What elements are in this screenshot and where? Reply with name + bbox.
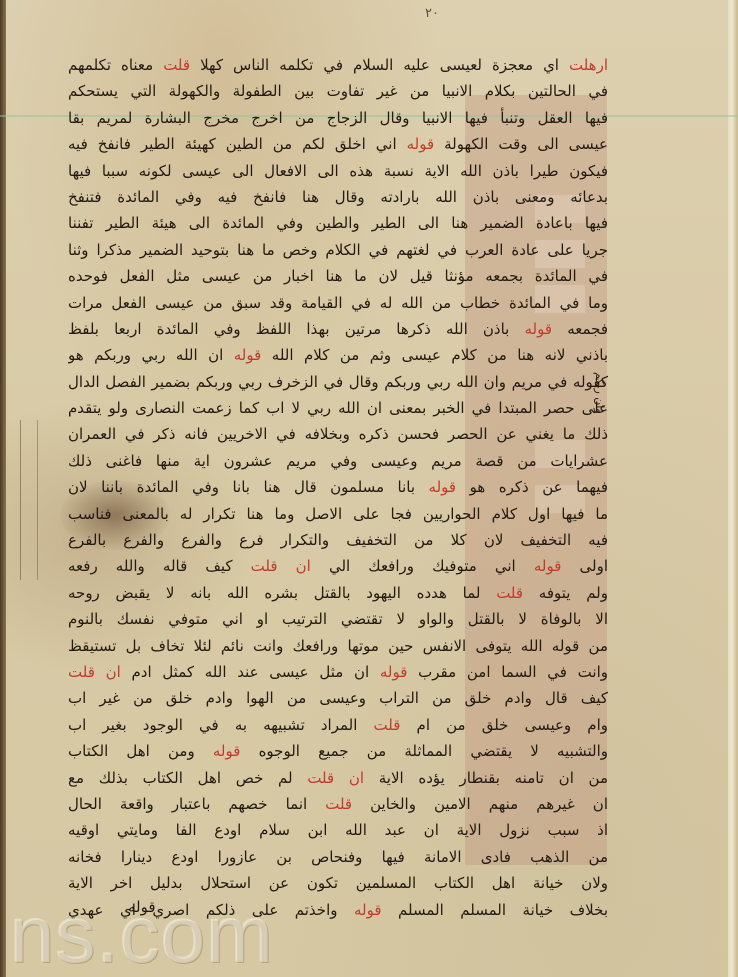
- folio-number: ٢٠: [425, 6, 439, 21]
- line-text: وام وعيسى خلق من ام: [400, 716, 608, 734]
- line-text: ان الله ربي وربكم هو: [68, 346, 234, 364]
- line-text: عشرايات من قصة مريم وعيسى وفي مريم عشرون…: [68, 452, 608, 470]
- text-line: فيه التخفيف لان كلا من التخفيف والتكرار …: [68, 527, 608, 553]
- text-line: من قوله الله يتوفى الانفس حين موتها وراف…: [68, 633, 608, 659]
- rubric-keyword: قلت: [325, 795, 352, 813]
- text-line: فيها العقل وتنبأ فيها الانبيا وقال الزجا…: [68, 105, 608, 131]
- rubric-keyword: ارهلت: [569, 56, 608, 74]
- text-line: الا بالوفاة لا بالقتل والواو لا تقتضي ال…: [68, 606, 608, 632]
- line-text: كيف قاله والله رفعه: [68, 557, 251, 575]
- line-text: اولى: [561, 557, 608, 575]
- line-text: فجمعه: [552, 320, 608, 338]
- line-text: من الذهب فادى الامانة فيها وفنحاص بن عاز…: [68, 848, 608, 866]
- text-line: وام وعيسى خلق من ام قلت المراد تشبيهه به…: [68, 712, 608, 738]
- margin-note: وان ربكم: [582, 372, 606, 442]
- text-line: على حصر المبتدا في الخبر بمعنى ان الله ر…: [68, 395, 608, 421]
- rubric-keyword: قوله: [525, 320, 553, 338]
- text-line: من ان تامنه بقنطار يؤده الاية ان قلت لم …: [68, 765, 608, 791]
- rubric-keyword: قلت: [496, 584, 523, 602]
- line-text: فيها العقل وتنبأ فيها الانبيا وقال الزجا…: [68, 109, 608, 127]
- rubric-keyword: قوله: [429, 478, 457, 496]
- text-line: جريا على عادة العرب في لغتهم في الكلام و…: [68, 237, 608, 263]
- rubric-keyword: ان قلت: [68, 663, 121, 681]
- text-line: فيهما عن ذكره هو قوله بانا مسلمون قال هن…: [68, 474, 608, 500]
- line-text: بانا مسلمون قال هنا بانا وفي المائدة بان…: [68, 478, 429, 496]
- line-text: ذلك ما يغني عن الحصر فحسن ذكره وبخلافه ف…: [68, 425, 608, 443]
- rubric-keyword: قلت: [374, 716, 401, 734]
- line-text: فيكون طيرا باذن الله الاية نسبة هذه الى …: [68, 162, 608, 180]
- text-line: وما في المائدة خطاب من الله له في القيام…: [68, 290, 608, 316]
- line-text: على حصر المبتدا في الخبر بمعنى ان الله ر…: [68, 399, 608, 417]
- text-line: باذني لانه هنا من كلام عيسى وثم من كلام …: [68, 342, 608, 368]
- manuscript-page: ٢٠ ارهلت اي معجزة لعيسى عليه السلام في ت…: [0, 0, 738, 977]
- line-text: معناه تكلمهم: [68, 56, 163, 74]
- line-text: عيسى الى وقت الكهولة: [434, 135, 608, 153]
- text-line: اذ سبب نزول الاية ان عبد الله ابن سلام ا…: [68, 817, 608, 843]
- text-line: ولم يتوفه قلت لما هدده اليهود بالقتل بشر…: [68, 580, 608, 606]
- margin-fold-line: [20, 420, 38, 580]
- line-text: من قوله الله يتوفى الانفس حين موتها وراف…: [68, 637, 608, 655]
- line-text: وانت في السما امن مقرب: [407, 663, 608, 681]
- line-text: فيهما عن ذكره هو: [456, 478, 608, 496]
- line-text: اني اخلق لكم من الطين كهيئة الطير فانفخ …: [68, 135, 407, 153]
- line-text: اذ سبب نزول الاية ان عبد الله ابن سلام ا…: [68, 821, 608, 839]
- line-text: في الحالتين بكلام الانبيا من غير تفاوت ب…: [68, 82, 608, 100]
- line-text: في المائدة بجمعه مؤنثا قيل لان ما هنا اخ…: [68, 267, 608, 285]
- line-text: جريا على عادة العرب في لغتهم في الكلام و…: [68, 241, 608, 259]
- line-text: اي معجزة لعيسى عليه السلام في تكلمه النا…: [190, 56, 569, 74]
- line-text: انما خصهم باعتبار واقعة الحال: [68, 795, 325, 813]
- rubric-keyword: قوله: [213, 742, 241, 760]
- text-line: والتشبيه لا يقتضي المماثلة من جميع الوجو…: [68, 738, 608, 764]
- line-text: ما فيها اول كلام الحواريين فجا على الاصل…: [68, 505, 608, 523]
- rubric-keyword: قوله: [234, 346, 262, 364]
- line-text: ومن اهل الكتاب: [68, 742, 213, 760]
- line-text: فيها باعادة الضمير هنا الى الطير والطين …: [68, 214, 608, 232]
- line-text: كيف قال وادم خلق من التراب وعيسى من الهو…: [68, 689, 608, 707]
- text-line: ما فيها اول كلام الحواريين فجا على الاصل…: [68, 501, 608, 527]
- line-text: من ان تامنه بقنطار يؤده الاية: [364, 769, 608, 787]
- text-line: عشرايات من قصة مريم وعيسى وفي مريم عشرون…: [68, 448, 608, 474]
- text-line: وانت في السما امن مقرب قوله ان مثل عيسى …: [68, 659, 608, 685]
- rubric-keyword: قوله: [534, 557, 562, 575]
- rubric-keyword: قوله: [380, 663, 408, 681]
- text-line: ان غيرهم منهم الامين والخاين قلت انما خص…: [68, 791, 608, 817]
- text-line: فجمعه قوله باذن الله ذكرها مرتين بهذا ال…: [68, 316, 608, 342]
- rubric-keyword: قلت: [163, 56, 190, 74]
- rubric-keyword: قوله: [407, 135, 435, 153]
- text-line: اولى قوله اني متوفيك ورافعك الي ان قلت ك…: [68, 553, 608, 579]
- text-line: كيف قال وادم خلق من التراب وعيسى من الهو…: [68, 685, 608, 711]
- text-line: في الحالتين بكلام الانبيا من غير تفاوت ب…: [68, 78, 608, 104]
- rubric-keyword: ان قلت: [251, 557, 311, 575]
- left-binding-edge: [0, 0, 6, 977]
- site-watermark: ns.com: [10, 895, 274, 975]
- right-page-edge: [728, 0, 738, 977]
- text-line: فيكون طيرا باذن الله الاية نسبة هذه الى …: [68, 158, 608, 184]
- line-text: ان غيرهم منهم الامين والخاين: [352, 795, 608, 813]
- line-text: فيه التخفيف لان كلا من التخفيف والتكرار …: [68, 531, 608, 549]
- line-text: لم خص اهل الكتاب بذلك مع: [68, 769, 307, 787]
- line-text: والتشبيه لا يقتضي المماثلة من جميع الوجو…: [240, 742, 608, 760]
- manuscript-text-block: ارهلت اي معجزة لعيسى عليه السلام في تكلم…: [68, 52, 608, 923]
- text-line: ذلك ما يغني عن الحصر فحسن ذكره وبخلافه ف…: [68, 421, 608, 447]
- line-text: ولم يتوفه: [523, 584, 608, 602]
- text-line: في المائدة بجمعه مؤنثا قيل لان ما هنا اخ…: [68, 263, 608, 289]
- line-text: لما هدده اليهود بالقتل بشره الله بانه لا…: [68, 584, 496, 602]
- text-line: عيسى الى وقت الكهولة قوله اني اخلق لكم م…: [68, 131, 608, 157]
- rubric-keyword: قوله: [354, 901, 382, 919]
- line-text: بخلاف خيانة المسلم المسلم: [382, 901, 608, 919]
- line-text: المراد تشبيهه به في الوجود بغير اب: [68, 716, 374, 734]
- line-text: ان مثل عيسى عند الله كمثل ادم: [121, 663, 380, 681]
- line-text: بدعائه ومعنى باذن الله بارادته وقال هنا …: [68, 188, 608, 206]
- line-text: وما في المائدة خطاب من الله له في القيام…: [68, 294, 608, 312]
- line-text: الا بالوفاة لا بالقتل والواو لا تقتضي ال…: [68, 610, 608, 628]
- rubric-keyword: ان قلت: [307, 769, 364, 787]
- text-line: كقوله في مريم وان الله ربي وربكم وقال في…: [68, 369, 608, 395]
- line-text: باذن الله ذكرها مرتين بهذا اللفظ وفي الم…: [68, 320, 525, 338]
- text-line: فيها باعادة الضمير هنا الى الطير والطين …: [68, 210, 608, 236]
- line-text: اني متوفيك ورافعك الي: [311, 557, 534, 575]
- text-line: من الذهب فادى الامانة فيها وفنحاص بن عاز…: [68, 844, 608, 870]
- line-text: كقوله في مريم وان الله ربي وربكم وقال في…: [68, 373, 608, 391]
- text-line: ارهلت اي معجزة لعيسى عليه السلام في تكلم…: [68, 52, 608, 78]
- text-line: بدعائه ومعنى باذن الله بارادته وقال هنا …: [68, 184, 608, 210]
- line-text: باذني لانه هنا من كلام عيسى وثم من كلام …: [261, 346, 608, 364]
